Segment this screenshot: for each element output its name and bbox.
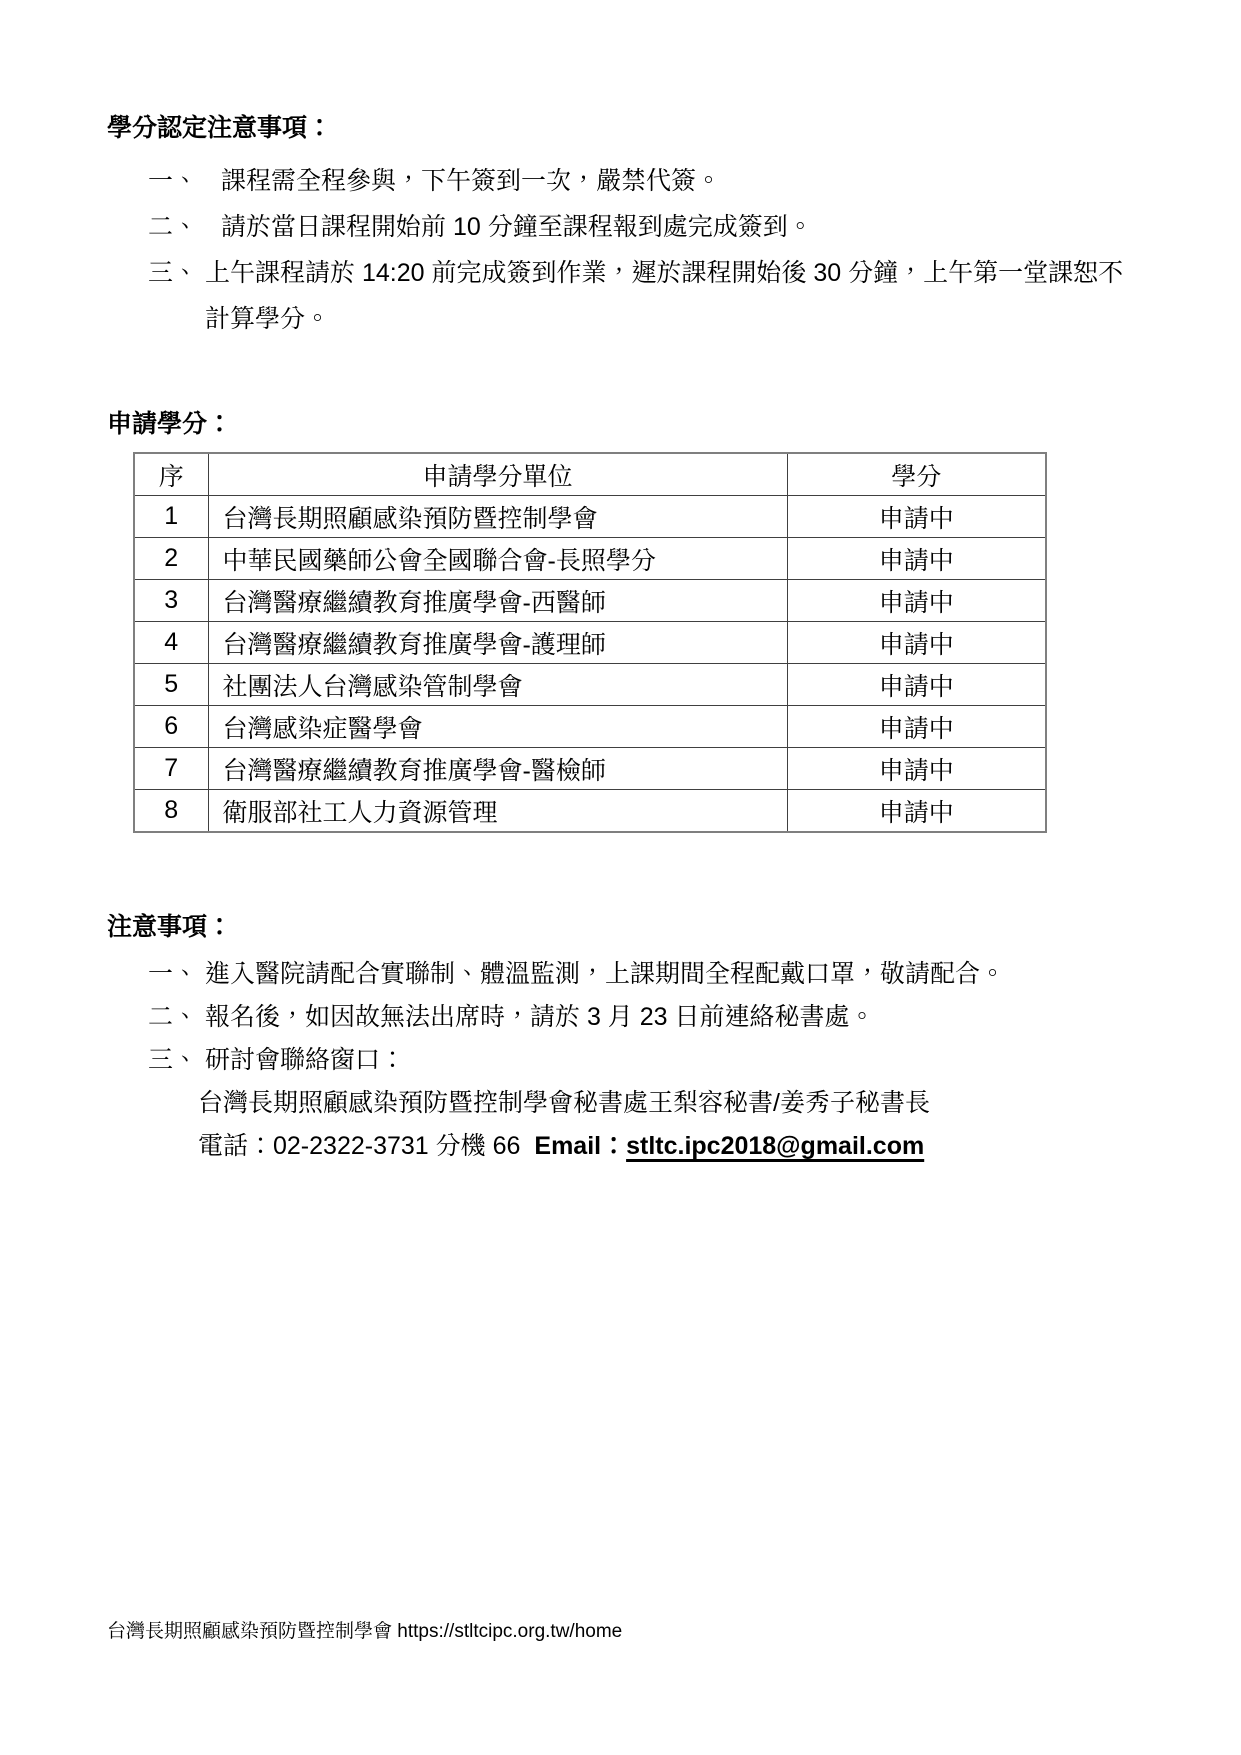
email-link[interactable]: stltc.ipc2018@gmail.com <box>626 1132 924 1160</box>
cell-no: 8 <box>134 790 208 833</box>
cell-credit: 申請中 <box>787 748 1046 790</box>
cell-credit: 申請中 <box>787 706 1046 748</box>
cell-no: 2 <box>134 538 208 580</box>
table-row: 5 社團法人台灣感染管制學會 申請中 <box>134 664 1046 706</box>
cell-unit: 衛服部社工人力資源管理 <box>208 790 787 833</box>
cell-credit: 申請中 <box>787 496 1046 538</box>
list-item-marker: 一、 <box>148 158 221 204</box>
email-label: Email： <box>534 1132 626 1160</box>
table-header-credit: 學分 <box>787 453 1046 496</box>
contact-organization-line: 台灣長期照顧感染預防暨控制學會秘書處王梨容秘書/姜秀子秘書長 <box>198 1082 1134 1125</box>
list-item-marker: 二、 <box>148 204 221 250</box>
table-row: 4 台灣醫療繼續教育推廣學會-護理師 申請中 <box>134 622 1046 664</box>
table-header-unit: 申請學分單位 <box>208 453 787 496</box>
table-row: 2 中華民國藥師公會全國聯合會-長照學分 申請中 <box>134 538 1046 580</box>
table-row: 3 台灣醫療繼續教育推廣學會-西醫師 申請中 <box>134 580 1046 622</box>
list-item-text: 上午課程請於 14:20 前完成簽到作業，遲於課程開始後 30 分鐘，上午第一堂… <box>205 250 1134 342</box>
contact-phone-email-line: 電話：02-2322-3731 分機 66Email：stltc.ipc2018… <box>198 1125 1134 1168</box>
cell-unit: 社團法人台灣感染管制學會 <box>208 664 787 706</box>
cell-unit: 台灣長期照顧感染預防暨控制學會 <box>208 496 787 538</box>
list-item: 三、 研討會聯絡窗口： <box>148 1039 1134 1082</box>
cell-no: 6 <box>134 706 208 748</box>
credit-notes-title: 學分認定注意事項： <box>107 112 1134 144</box>
list-item-text: 請於當日課程開始前 10 分鐘至課程報到處完成簽到。 <box>221 204 1134 250</box>
notes-title: 注意事項： <box>107 911 1134 943</box>
cell-unit: 中華民國藥師公會全國聯合會-長照學分 <box>208 538 787 580</box>
list-item: 三、 上午課程請於 14:20 前完成簽到作業，遲於課程開始後 30 分鐘，上午… <box>148 250 1134 342</box>
table-row: 7 台灣醫療繼續教育推廣學會-醫檢師 申請中 <box>134 748 1046 790</box>
list-item-marker: 三、 <box>148 250 205 342</box>
contact-phone: 電話：02-2322-3731 分機 66 <box>198 1132 520 1160</box>
section-credit-notes: 學分認定注意事項： 一、 課程需全程參與，下午簽到一次，嚴禁代簽。 二、 請於當… <box>107 112 1134 342</box>
list-item-marker: 二、 <box>148 996 205 1039</box>
cell-credit: 申請中 <box>787 538 1046 580</box>
cell-no: 5 <box>134 664 208 706</box>
section-notes: 注意事項： 一、 進入醫院請配合實聯制、體溫監測，上課期間全程配戴口罩，敬請配合… <box>107 911 1134 1168</box>
list-item-marker: 三、 <box>148 1039 205 1082</box>
list-item-text: 課程需全程參與，下午簽到一次，嚴禁代簽。 <box>221 158 1134 204</box>
list-item-text: 報名後，如因故無法出席時，請於 3 月 23 日前連絡秘書處。 <box>205 996 1134 1039</box>
cell-credit: 申請中 <box>787 580 1046 622</box>
table-row: 6 台灣感染症醫學會 申請中 <box>134 706 1046 748</box>
footer-url: https://stltcipc.org.tw/home <box>397 1621 622 1642</box>
list-item-marker: 一、 <box>148 953 205 996</box>
list-item: 一、 課程需全程參與，下午簽到一次，嚴禁代簽。 <box>148 158 1134 204</box>
cell-unit: 台灣醫療繼續教育推廣學會-護理師 <box>208 622 787 664</box>
contact-email-group: Email：stltc.ipc2018@gmail.com <box>534 1132 924 1160</box>
footer-organization: 台灣長期照顧感染預防暨控制學會 <box>107 1621 392 1642</box>
table-row: 1 台灣長期照顧感染預防暨控制學會 申請中 <box>134 496 1046 538</box>
credit-notes-list: 一、 課程需全程參與，下午簽到一次，嚴禁代簽。 二、 請於當日課程開始前 10 … <box>107 158 1134 342</box>
cell-credit: 申請中 <box>787 622 1046 664</box>
cell-unit: 台灣醫療繼續教育推廣學會-醫檢師 <box>208 748 787 790</box>
list-item: 一、 進入醫院請配合實聯制、體溫監測，上課期間全程配戴口罩，敬請配合。 <box>148 953 1134 996</box>
document-page: 學分認定注意事項： 一、 課程需全程參與，下午簽到一次，嚴禁代簽。 二、 請於當… <box>0 0 1241 1755</box>
cell-credit: 申請中 <box>787 790 1046 833</box>
list-item-text: 研討會聯絡窗口： <box>205 1039 1134 1082</box>
table-header-row: 序 申請學分單位 學分 <box>134 453 1046 496</box>
table-header-no: 序 <box>134 453 208 496</box>
cell-no: 7 <box>134 748 208 790</box>
footer: 台灣長期照顧感染預防暨控制學會 https://stltcipc.org.tw/… <box>107 1620 622 1644</box>
credit-application-title: 申請學分： <box>107 408 1134 440</box>
table-row: 8 衛服部社工人力資源管理 申請中 <box>134 790 1046 833</box>
notes-list: 一、 進入醫院請配合實聯制、體溫監測，上課期間全程配戴口罩，敬請配合。 二、 報… <box>107 953 1134 1168</box>
list-item: 二、 報名後，如因故無法出席時，請於 3 月 23 日前連絡秘書處。 <box>148 996 1134 1039</box>
cell-unit: 台灣醫療繼續教育推廣學會-西醫師 <box>208 580 787 622</box>
list-item-text: 進入醫院請配合實聯制、體溫監測，上課期間全程配戴口罩，敬請配合。 <box>205 953 1134 996</box>
credit-table: 序 申請學分單位 學分 1 台灣長期照顧感染預防暨控制學會 申請中 2 中華民國… <box>133 452 1047 833</box>
section-credit-application: 申請學分： 序 申請學分單位 學分 1 台灣長期照顧感染預防暨控制學會 申請中 … <box>107 408 1134 833</box>
cell-no: 1 <box>134 496 208 538</box>
cell-no: 4 <box>134 622 208 664</box>
list-item: 二、 請於當日課程開始前 10 分鐘至課程報到處完成簽到。 <box>148 204 1134 250</box>
cell-unit: 台灣感染症醫學會 <box>208 706 787 748</box>
cell-no: 3 <box>134 580 208 622</box>
cell-credit: 申請中 <box>787 664 1046 706</box>
